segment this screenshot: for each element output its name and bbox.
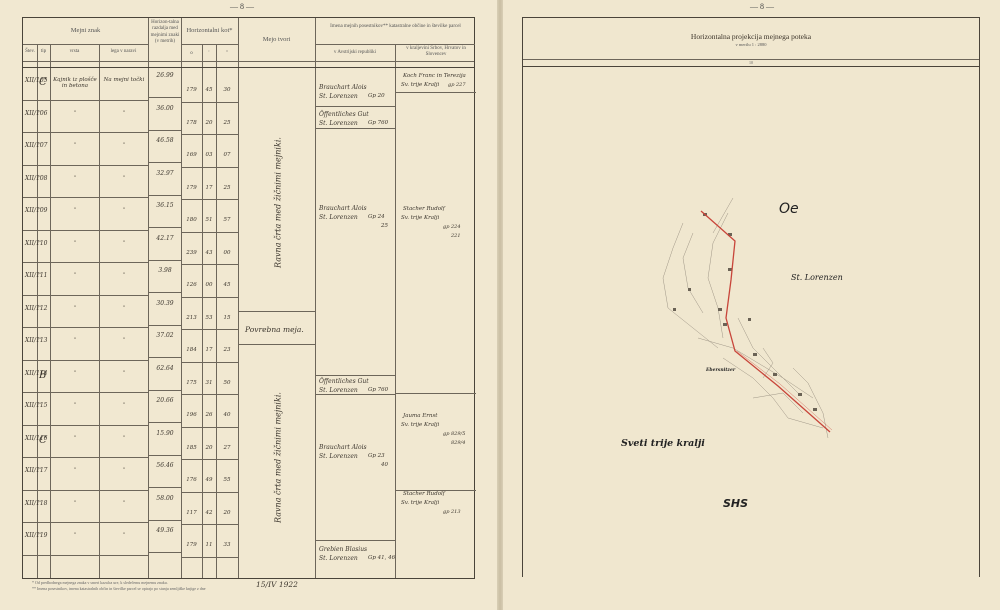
row-lega: "	[101, 337, 147, 343]
row-angle-deg: 126	[181, 282, 202, 288]
row-tip: "	[39, 110, 41, 116]
row-lega: "	[101, 207, 147, 213]
austria-owner-name: Brauchart Alois	[319, 84, 367, 91]
row-angle-min: 17	[202, 347, 216, 353]
row-tip: "	[39, 240, 41, 246]
row-angle-min: 20	[202, 120, 216, 126]
shs-owner-parcel2: 221	[451, 233, 461, 239]
row-angle-min: 43	[202, 250, 216, 256]
row-tip: "	[39, 272, 41, 278]
row-distance: 36.00	[149, 105, 181, 112]
row-angle-sec: 25	[216, 120, 238, 126]
header-lega: lega v naravi	[99, 49, 148, 55]
row-angle-sec: 40	[216, 412, 238, 418]
row-angle-deg: 180	[181, 217, 202, 223]
row-stev: XII/118	[25, 500, 48, 507]
row-stev: XII/111	[25, 272, 48, 279]
row-distance: 36.15	[149, 202, 181, 209]
austria-owner-place: St. Lorenzen	[319, 453, 358, 460]
row-angle-deg: 239	[181, 250, 202, 256]
header-stev: Štev.	[23, 49, 37, 55]
row-stev: XII/106	[25, 110, 48, 117]
row-vrsta: "	[52, 337, 98, 343]
label-sveti-trije-kralji: Sveti trije kralji	[621, 438, 705, 449]
label-austria: Oe	[779, 201, 799, 217]
row-lega: "	[101, 500, 147, 506]
row-vrsta: "	[52, 370, 98, 376]
row-angle-min: 31	[202, 380, 216, 386]
row-stev: XII/110	[25, 240, 48, 247]
row-vrsta: "	[52, 402, 98, 408]
row-angle-sec: 45	[216, 282, 238, 288]
row-tip: "	[39, 402, 41, 408]
row-tip: C	[39, 77, 47, 88]
row-lega: "	[101, 142, 147, 148]
header-vrsta: vrsta	[50, 49, 99, 55]
row-angle-deg: 179	[181, 185, 202, 191]
row-tip: "	[39, 142, 41, 148]
row-distance: 37.02	[149, 332, 181, 339]
row-angle-deg: 176	[181, 477, 202, 483]
row-lega: "	[101, 370, 147, 376]
row-lega: "	[101, 435, 147, 441]
row-distance: 26.99	[149, 72, 181, 79]
row-vrsta: "	[52, 272, 98, 278]
row-angle-min: 20	[202, 445, 216, 451]
shs-owner-parcel: gp 213	[443, 509, 461, 515]
austria-owner-parcel2: 40	[381, 462, 388, 468]
row-angle-sec: 23	[216, 347, 238, 353]
austria-owner-parcel: Gp 24	[368, 214, 385, 220]
austria-owner-name: Brauchart Alois	[319, 444, 367, 451]
row-angle-min: 49	[202, 477, 216, 483]
row-vrsta: "	[52, 142, 98, 148]
row-angle-min: 11	[202, 542, 216, 548]
row-vrsta: "	[52, 175, 98, 181]
austria-owner-place: St. Lorenzen	[319, 555, 358, 562]
row-tip: "	[39, 175, 41, 181]
row-distance: 42.17	[149, 235, 181, 242]
row-vrsta: "	[52, 207, 98, 213]
row-lega: "	[101, 467, 147, 473]
row-tip: "	[39, 207, 41, 213]
left-page: — 8 — Mejni znak Štev. tip vrsta lega v …	[0, 0, 497, 610]
austria-owner-parcel: Gp 23	[368, 453, 385, 459]
row-angle-sec: 00	[216, 250, 238, 256]
row-vrsta: Kajnik iz plošče in betona	[52, 77, 98, 89]
map-frame: Horizontalna projekcija mejnega poteka v…	[522, 17, 980, 577]
row-angle-deg: 175	[181, 380, 202, 386]
header-austria: v Avstrijski republiki	[315, 50, 395, 56]
austria-owner-parcel2: 25	[381, 223, 388, 229]
row-lega: "	[101, 175, 147, 181]
row-angle-deg: 185	[181, 445, 202, 451]
row-vrsta: "	[52, 435, 98, 441]
label-st-lorenzen: St. Lorenzen	[791, 273, 843, 282]
page-number: — 8 —	[230, 2, 254, 11]
boundary-map	[523, 18, 981, 578]
shs-owner-parcel2: 829/4	[451, 440, 465, 446]
row-angle-sec: 20	[216, 510, 238, 516]
row-angle-sec: 07	[216, 152, 238, 158]
row-vrsta: "	[52, 110, 98, 116]
row-distance: 20.66	[149, 397, 181, 404]
austria-owner-parcel: Gp 41, 46	[368, 555, 395, 561]
row-stev: XII/109	[25, 207, 48, 214]
header-distance: Horizon-talna razdalja med mejnimi znaki…	[149, 20, 181, 45]
row-angle-deg: 178	[181, 120, 202, 126]
shs-owner-place: Sv. trije Kralji	[401, 82, 439, 88]
austria-owner-place: St. Lorenzen	[319, 214, 358, 221]
row-lega: Na mejni točki	[101, 77, 147, 83]
shs-owner-parcel: gp 227	[448, 82, 466, 88]
row-tip: "	[39, 305, 41, 311]
row-tip: "	[39, 500, 41, 506]
page-number: — 8 —	[750, 2, 774, 11]
austria-owner-parcel: Gp 760	[368, 120, 388, 126]
row-stev: XII/119	[25, 532, 48, 539]
austria-owner-place: St. Lorenzen	[319, 93, 358, 100]
row-angle-min: 26	[202, 412, 216, 418]
row-angle-deg: 196	[181, 412, 202, 418]
row-angle-sec: 33	[216, 542, 238, 548]
row-angle-sec: 30	[216, 87, 238, 93]
row-angle-sec: 50	[216, 380, 238, 386]
row-distance: 32.97	[149, 170, 181, 177]
label-shs: SHS	[723, 497, 748, 510]
row-tip: "	[39, 532, 41, 538]
row-distance: 49.36	[149, 527, 181, 534]
row-lega: "	[101, 402, 147, 408]
row-angle-deg: 117	[181, 510, 202, 516]
row-angle-sec: 57	[216, 217, 238, 223]
row-angle-min: 42	[202, 510, 216, 516]
row-angle-deg: 179	[181, 542, 202, 548]
footnote-2: ** Imena posestnikov, imena katastralnih…	[32, 586, 206, 591]
row-vrsta: "	[52, 467, 98, 473]
shs-owner-name: Jauma Ernst	[403, 413, 438, 419]
row-lega: "	[101, 110, 147, 116]
row-vrsta: "	[52, 305, 98, 311]
austria-owner-name: Öffentliches Gut	[319, 111, 369, 118]
row-angle-min: 17	[202, 185, 216, 191]
row-angle-sec: 27	[216, 445, 238, 451]
row-angle-deg: 213	[181, 315, 202, 321]
footnote-1: * Od predhodnega mejnega znaka v smeri k…	[32, 580, 168, 585]
shs-owner-parcel: gp 224	[443, 224, 461, 230]
shs-owner-place: Sv. trije Kralji	[401, 500, 439, 506]
meja-tvori-block1: Ravna črta med žičnimi mejniki.	[274, 123, 283, 283]
row-tip: "	[39, 467, 41, 473]
row-stev: XII/115	[25, 402, 48, 409]
row-vrsta: "	[52, 532, 98, 538]
row-angle-min: 03	[202, 152, 216, 158]
label-small-place: Ebersnitzer	[706, 368, 735, 373]
austria-owner-place: St. Lorenzen	[319, 387, 358, 394]
header-angle: Horizontalni kot*	[181, 27, 238, 35]
row-lega: "	[101, 272, 147, 278]
row-angle-deg: 184	[181, 347, 202, 353]
row-distance: 62.64	[149, 365, 181, 372]
row-distance: 15.90	[149, 430, 181, 437]
row-distance: 56.46	[149, 462, 181, 469]
boundary-table: Mejni znak Štev. tip vrsta lega v naravi…	[22, 17, 475, 579]
row-stev: XII/113	[25, 337, 48, 344]
row-vrsta: "	[52, 240, 98, 246]
row-lega: "	[101, 305, 147, 311]
row-angle-min: 53	[202, 315, 216, 321]
header-shs: v kraljevini Srbov, Hrvatov in Slovencev	[397, 46, 475, 59]
header-tip: tip	[37, 49, 50, 55]
row-angle-min: 51	[202, 217, 216, 223]
shs-owner-place: Sv. trije Kralji	[401, 215, 439, 221]
header-min: '	[202, 51, 216, 57]
austria-owner-parcel: Gp 20	[368, 93, 385, 99]
header-meja-tvori: Mejo tvori	[238, 36, 315, 44]
row-angle-deg: 169	[181, 152, 202, 158]
footnote-date: 15/IV 1922	[256, 580, 298, 589]
shs-owner-name: Koch Franc in Terezija	[403, 73, 466, 79]
header-deg: o	[181, 51, 202, 57]
row-tip: "	[39, 337, 41, 343]
header-owners: Imena mejnih posestnikov** katastralne o…	[323, 24, 468, 30]
row-angle-deg: 179	[181, 87, 202, 93]
row-lega: "	[101, 240, 147, 246]
row-stev: XII/107	[25, 142, 48, 149]
header-mejni-znak: Mejni znak	[23, 27, 148, 35]
row-angle-sec: 25	[216, 185, 238, 191]
row-angle-min: 45	[202, 87, 216, 93]
row-tip: B	[39, 370, 46, 381]
row-lega: "	[101, 532, 147, 538]
row-distance: 46.58	[149, 137, 181, 144]
meja-tvori-block3: Ravna črta med žičnimi mejniki.	[274, 373, 283, 543]
austria-owner-place: St. Lorenzen	[319, 120, 358, 127]
shs-owner-name: Stacher Rudolf	[403, 491, 445, 497]
row-angle-sec: 55	[216, 477, 238, 483]
header-sec: "	[216, 51, 238, 57]
row-angle-min: 00	[202, 282, 216, 288]
shs-owner-parcel: gp 829/5	[443, 431, 465, 437]
austria-owner-name: Grebien Blasius	[319, 546, 367, 553]
row-stev: XII/112	[25, 305, 48, 312]
row-distance: 30.39	[149, 300, 181, 307]
row-stev: XII/117	[25, 467, 48, 474]
row-angle-sec: 15	[216, 315, 238, 321]
austria-owner-name: Öffentliches Gut	[319, 378, 369, 385]
row-distance: 58.00	[149, 495, 181, 502]
shs-owner-name: Stacher Rudolf	[403, 206, 445, 212]
row-distance: 3.98	[149, 267, 181, 274]
shs-owner-place: Sv. trije Kralji	[401, 422, 439, 428]
meja-tvori-block2: Povrebna meja.	[245, 325, 304, 334]
row-tip: C	[39, 435, 47, 446]
austria-owner-name: Brauchart Alois	[319, 205, 367, 212]
row-stev: XII/108	[25, 175, 48, 182]
row-vrsta: "	[52, 500, 98, 506]
austria-owner-parcel: Gp 760	[368, 387, 388, 393]
